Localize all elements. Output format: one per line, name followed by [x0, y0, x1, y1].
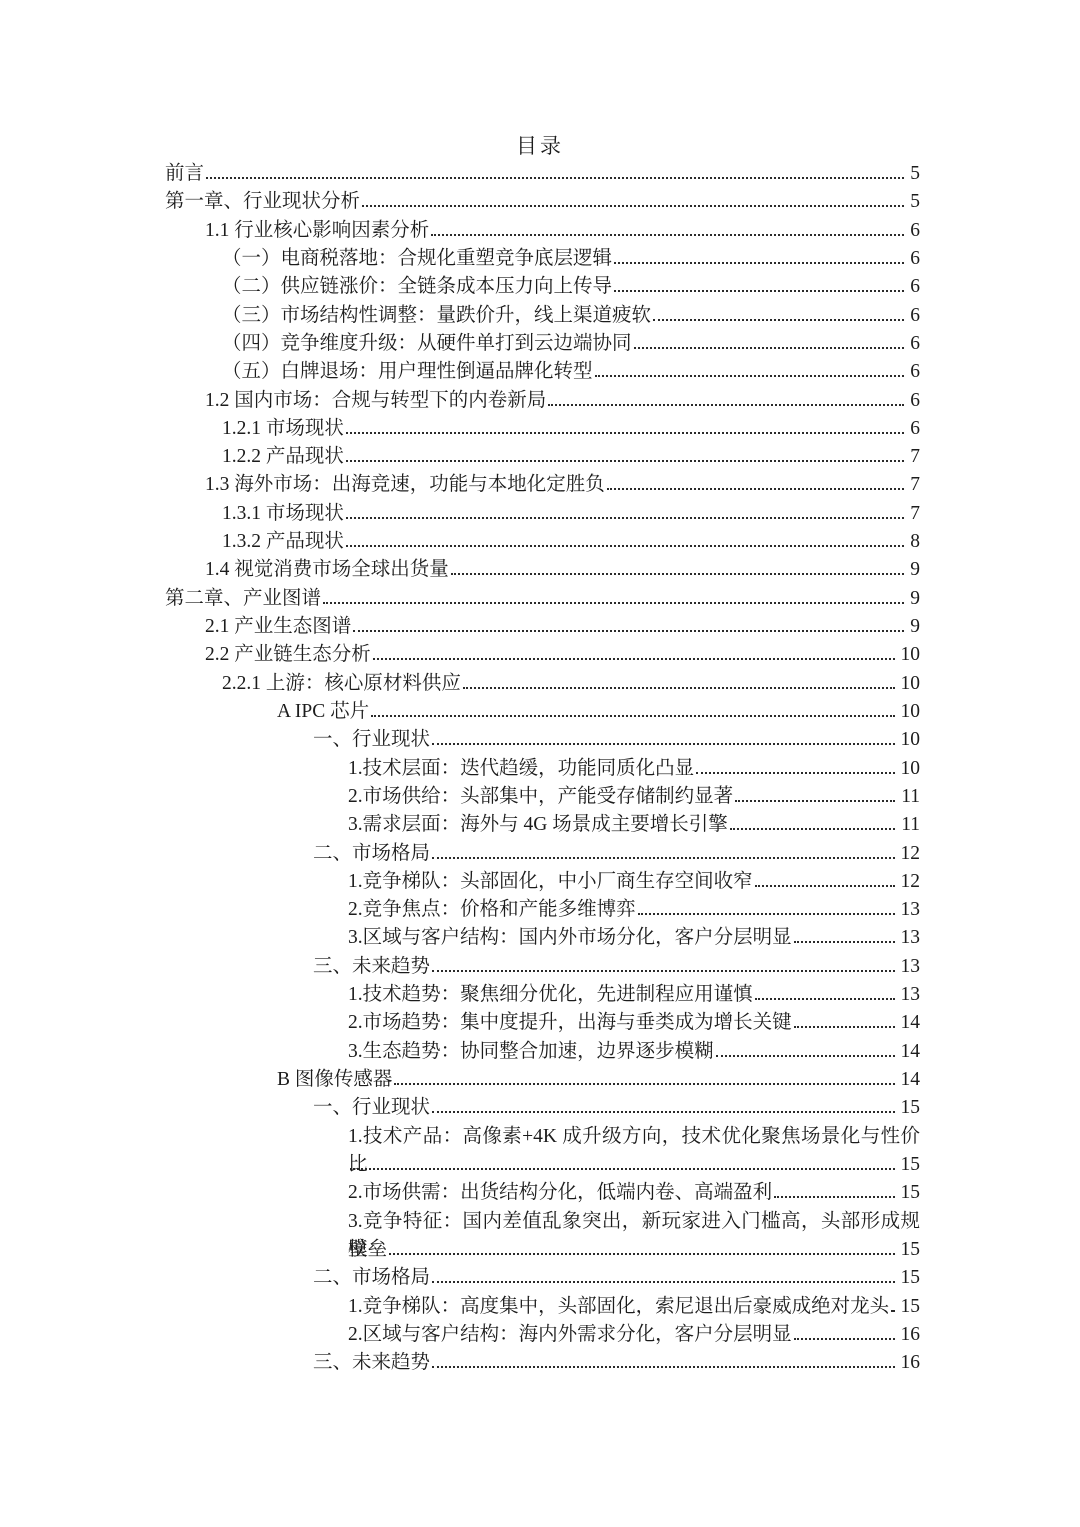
toc-page-number: 15	[898, 1264, 921, 1292]
dotted-leader	[651, 320, 907, 321]
dotted-leader	[351, 631, 907, 632]
toc-page-number: 16	[898, 1321, 921, 1349]
toc-entry[interactable]: 1.2.2 产品现状7	[165, 443, 920, 471]
toc-entry-text: 2.竞争焦点：价格和产能多维博弈	[348, 896, 636, 924]
toc-entry-text: 前言	[165, 160, 204, 188]
toc-entry[interactable]: 2.竞争焦点：价格和产能多维博弈13	[165, 896, 920, 924]
dotted-leader	[792, 942, 898, 943]
toc-entry[interactable]: 一、行业现状10	[165, 726, 920, 754]
dotted-leader	[430, 1367, 897, 1368]
toc-entry-text: （三）市场结构性调整：量跌价升，线上渠道疲软	[222, 302, 651, 330]
toc-entry[interactable]: 1.技术产品：高像素+4K 成升级方向，技术优化聚焦场景化与性价比	[165, 1123, 920, 1151]
toc-page-number: 13	[898, 896, 921, 924]
toc-page-number: 6	[907, 415, 920, 443]
toc-entry-text: 1.竞争梯队：头部固化，中小厂商生存空间收窄	[348, 868, 753, 896]
toc-page-number: 15	[898, 1179, 921, 1207]
toc-entry-text: B 图像传感器	[277, 1066, 392, 1094]
toc-page-number: 11	[898, 811, 920, 839]
dotted-leader	[369, 716, 897, 717]
toc-entry-text: 三、未来趋势	[313, 953, 430, 981]
toc-entry-text: 1.3.1 市场现状	[222, 500, 344, 528]
dotted-leader	[344, 518, 907, 519]
toc-entry[interactable]: （四）竞争维度升级：从硬件单打到云边端协同6	[165, 330, 920, 358]
toc-entry-text: 3.生态趋势：协同整合加速，边界逐步模糊	[348, 1038, 714, 1066]
dotted-leader	[344, 433, 907, 434]
toc-entry[interactable]: 1.3.2 产品现状8	[165, 528, 920, 556]
dotted-leader	[792, 1027, 898, 1028]
toc-entry-text: 1.3.2 产品现状	[222, 528, 344, 556]
toc-entry[interactable]: 二、市场格局12	[165, 840, 920, 868]
toc-page-number: 6	[907, 330, 920, 358]
toc-page-number: 15	[898, 1151, 921, 1179]
toc-entry[interactable]: （二）供应链涨价：全链条成本压力向上传导6	[165, 273, 920, 301]
dotted-leader	[392, 1084, 897, 1085]
toc-entry-text: 1.技术产品：高像素+4K 成升级方向，技术优化聚焦场景化与性价比	[348, 1123, 920, 1180]
toc-page-number: 14	[898, 1066, 921, 1094]
toc-entry[interactable]: 3.区域与客户结构：国内外市场分化，客户分层明显13	[165, 924, 920, 952]
toc-entry-text: （四）竞争维度升级：从硬件单打到云边端协同	[222, 330, 632, 358]
toc-entry[interactable]: （一）电商税落地：合规化重塑竞争底层逻辑6	[165, 245, 920, 273]
dotted-leader	[344, 546, 907, 547]
toc-entry[interactable]: 2.2 产业链生态分析10	[165, 641, 920, 669]
toc-page-number: 6	[907, 273, 920, 301]
toc-entry-text: （五）白牌退场：用户理性倒逼品牌化转型	[222, 358, 593, 386]
toc-page-number: 15	[898, 1236, 921, 1264]
dotted-leader	[632, 348, 908, 349]
toc-entry[interactable]: 3.生态趋势：协同整合加速，边界逐步模糊14	[165, 1038, 920, 1066]
toc-entry[interactable]: 3.竞争特征：国内差值乱象突出，新玩家进入门槛高，头部形成规模	[165, 1208, 920, 1236]
dotted-leader	[605, 489, 907, 490]
toc-entry[interactable]: 第二章、产业图谱9	[165, 585, 920, 613]
dotted-leader	[694, 773, 897, 774]
toc-entry-text: 2.市场供需：出货结构分化，低端内卷、高端盈利	[348, 1179, 772, 1207]
dotted-leader	[753, 999, 898, 1000]
toc-entry[interactable]: 1.4 视觉消费市场全球出货量9	[165, 556, 920, 584]
toc-entry-text: 2.2.1 上游：核心原材料供应	[222, 670, 461, 698]
toc-page-number: 14	[898, 1009, 921, 1037]
toc-entry[interactable]: 3.需求层面：海外与 4G 场景成主要增长引擎11	[165, 811, 920, 839]
toc-entry[interactable]: 1.1 行业核心影响因素分析6	[165, 217, 920, 245]
dotted-leader	[430, 858, 897, 859]
toc-entry[interactable]: 2.市场供需：出货结构分化，低端内卷、高端盈利15	[165, 1179, 920, 1207]
toc-entry-text: 3.区域与客户结构：国内外市场分化，客户分层明显	[348, 924, 792, 952]
toc-page-number: 13	[898, 953, 921, 981]
dotted-leader	[593, 376, 908, 377]
toc-entry-text: 1.竞争梯队：高度集中，头部固化，索尼退出后豪威成绝对龙头	[348, 1293, 889, 1321]
toc-entry[interactable]: 2.市场供给：头部集中，产能受存储制约显著11	[165, 783, 920, 811]
dotted-leader	[429, 235, 907, 236]
toc-entry[interactable]: 1.竞争梯队：高度集中，头部固化，索尼退出后豪威成绝对龙头15	[165, 1293, 920, 1321]
dotted-leader	[360, 206, 907, 207]
toc-entry[interactable]: 2.区域与客户结构：海内外需求分化，客户分层明显16	[165, 1321, 920, 1349]
dotted-leader	[430, 1282, 897, 1283]
toc-page-number: 9	[907, 556, 920, 584]
toc-page-number: 10	[898, 641, 921, 669]
toc-page-number: 10	[898, 755, 921, 783]
toc-entry-text: （二）供应链涨价：全链条成本压力向上传导	[222, 273, 612, 301]
toc-entry[interactable]: 1.技术趋势：聚焦细分优化，先进制程应用谨慎13	[165, 981, 920, 1009]
toc-entry[interactable]: 1.2.1 市场现状6	[165, 415, 920, 443]
toc-page-number: 7	[907, 500, 920, 528]
toc-entry-text: 3.竞争特征：国内差值乱象突出，新玩家进入门槛高，头部形成规模	[348, 1208, 920, 1265]
toc-entry[interactable]: 一、行业现状15	[165, 1094, 920, 1122]
toc-entry-text: 1.技术趋势：聚焦细分优化，先进制程应用谨慎	[348, 981, 753, 1009]
dotted-leader	[430, 1112, 897, 1113]
toc-page-number: 6	[907, 245, 920, 273]
toc-page-number: 13	[898, 981, 921, 1009]
toc-entry-text: 1.4 视觉消费市场全球出货量	[205, 556, 449, 584]
toc-entry-text: 第二章、产业图谱	[165, 585, 321, 613]
toc-page-number: 8	[907, 528, 920, 556]
toc-entry-text: 第一章、行业现状分析	[165, 188, 360, 216]
toc-entry-text: 二、市场格局	[313, 840, 430, 868]
toc-entry-text: 一、行业现状	[313, 1094, 430, 1122]
toc-entry[interactable]: 1.2 国内市场：合规与转型下的内卷新局6	[165, 387, 920, 415]
toc-page-number: 6	[907, 302, 920, 330]
dotted-leader	[430, 744, 897, 745]
dotted-leader	[204, 178, 907, 179]
toc-entry-text: 1.3 海外市场：出海竞速，功能与本地化定胜负	[205, 471, 605, 499]
toc-entry[interactable]: 1.3.1 市场现状7	[165, 500, 920, 528]
toc-entry-text: 壁垒	[348, 1236, 387, 1264]
toc-entry-text: 2.区域与客户结构：海内外需求分化，客户分层明显	[348, 1321, 792, 1349]
toc-entry-text: 1.2.1 市场现状	[222, 415, 344, 443]
toc-page-number: 14	[898, 1038, 921, 1066]
toc-entry-text: A IPC 芯片	[277, 698, 369, 726]
dotted-leader	[387, 1254, 897, 1255]
toc-entry-text: （一）电商税落地：合规化重塑竞争底层逻辑	[222, 245, 612, 273]
toc-entry-text: 3.需求层面：海外与 4G 场景成主要增长引擎	[348, 811, 728, 839]
toc-entry-text: 1.2.2 产品现状	[222, 443, 344, 471]
toc-entry-text: 2.市场供给：头部集中，产能受存储制约显著	[348, 783, 733, 811]
toc-page-number: 5	[907, 160, 920, 188]
toc-page-number: 16	[898, 1349, 921, 1377]
dotted-leader	[449, 574, 907, 575]
dotted-leader	[321, 603, 907, 604]
toc-entry-text: 2.2 产业链生态分析	[205, 641, 371, 669]
toc-page-number: 9	[907, 585, 920, 613]
toc-list: 前言5第一章、行业现状分析51.1 行业核心影响因素分析6（一）电商税落地：合规…	[165, 160, 920, 1377]
toc-entry[interactable]: 第一章、行业现状分析5	[165, 188, 920, 216]
toc-entry[interactable]: （三）市场结构性调整：量跌价升，线上渠道疲软6	[165, 302, 920, 330]
dotted-leader	[753, 886, 898, 887]
dotted-leader	[430, 971, 897, 972]
toc-entry-text: 2.市场趋势：集中度提升，出海与垂类成为增长关键	[348, 1009, 792, 1037]
dotted-leader	[728, 829, 899, 830]
toc-title: 目录	[0, 133, 1080, 159]
dotted-leader	[792, 1339, 898, 1340]
toc-page-number: 10	[898, 670, 921, 698]
toc-page-number: 6	[907, 358, 920, 386]
dotted-leader	[348, 1169, 898, 1170]
dotted-leader	[889, 1311, 897, 1312]
toc-page-number: 12	[898, 868, 921, 896]
toc-entry[interactable]: A IPC 芯片10	[165, 698, 920, 726]
toc-entry-text: 1.2 国内市场：合规与转型下的内卷新局	[205, 387, 546, 415]
dotted-leader	[733, 801, 898, 802]
dotted-leader	[772, 1197, 897, 1198]
toc-page-number: 13	[898, 924, 921, 952]
toc-page-number: 15	[898, 1094, 921, 1122]
dotted-leader	[636, 914, 898, 915]
toc-entry[interactable]: 前言5	[165, 160, 920, 188]
toc-entry[interactable]: （五）白牌退场：用户理性倒逼品牌化转型6	[165, 358, 920, 386]
toc-page-number: 5	[907, 188, 920, 216]
toc-entry[interactable]: 1.技术层面：迭代趋缓，功能同质化凸显10	[165, 755, 920, 783]
toc-entry[interactable]: 三、未来趋势13	[165, 953, 920, 981]
document-page: 目录 前言5第一章、行业现状分析51.1 行业核心影响因素分析6（一）电商税落地…	[0, 0, 1080, 1527]
toc-entry-text: 2.1 产业生态图谱	[205, 613, 351, 641]
toc-entry-text: 1.1 行业核心影响因素分析	[205, 217, 429, 245]
toc-page-number: 7	[907, 471, 920, 499]
toc-entry-text: 一、行业现状	[313, 726, 430, 754]
toc-page-number: 10	[898, 698, 921, 726]
dotted-leader	[344, 461, 907, 462]
toc-entry[interactable]: 2.2.1 上游：核心原材料供应10	[165, 670, 920, 698]
dotted-leader	[612, 263, 907, 264]
toc-page-number: 15	[898, 1293, 921, 1321]
toc-page-number: 9	[907, 613, 920, 641]
toc-entry[interactable]: 2.1 产业生态图谱9	[165, 613, 920, 641]
dotted-leader	[546, 405, 907, 406]
dotted-leader	[714, 1056, 898, 1057]
toc-page-number: 11	[898, 783, 920, 811]
dotted-leader	[371, 659, 898, 660]
dotted-leader	[461, 688, 898, 689]
toc-entry-text: 二、市场格局	[313, 1264, 430, 1292]
toc-entry[interactable]: B 图像传感器14	[165, 1066, 920, 1094]
toc-entry[interactable]: 1.3 海外市场：出海竞速，功能与本地化定胜负7	[165, 471, 920, 499]
toc-entry[interactable]: 三、未来趋势16	[165, 1349, 920, 1377]
toc-page-number: 6	[907, 387, 920, 415]
toc-page-number: 6	[907, 217, 920, 245]
dotted-leader	[612, 291, 907, 292]
toc-page-number: 12	[898, 840, 921, 868]
toc-page-number: 7	[907, 443, 920, 471]
toc-entry[interactable]: 二、市场格局15	[165, 1264, 920, 1292]
toc-entry-text: 三、未来趋势	[313, 1349, 430, 1377]
toc-entry-text: 1.技术层面：迭代趋缓，功能同质化凸显	[348, 755, 694, 783]
toc-entry[interactable]: 2.市场趋势：集中度提升，出海与垂类成为增长关键14	[165, 1009, 920, 1037]
toc-page-number: 10	[898, 726, 921, 754]
toc-entry[interactable]: 1.竞争梯队：头部固化，中小厂商生存空间收窄12	[165, 868, 920, 896]
